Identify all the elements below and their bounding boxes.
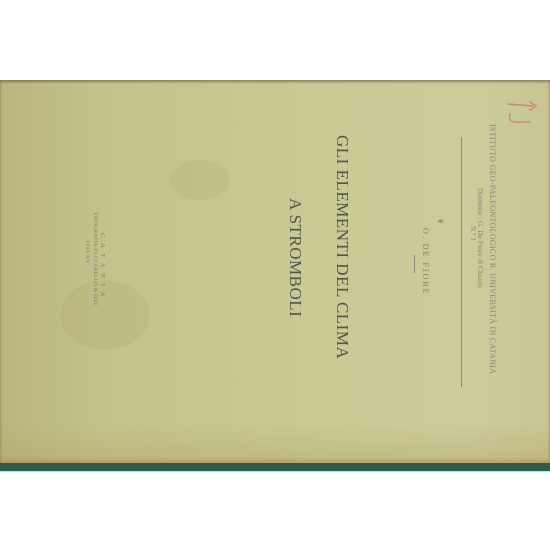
imprint-city: C A T A N I A	[99, 233, 106, 299]
scan-background: ISTITUTO GEO-PALEONTOLOGICO R. UNIVERSIT…	[0, 0, 550, 550]
title-line-1: GLI ELEMENTI DEL CLIMA	[332, 135, 352, 359]
series-number: N.° 1	[469, 226, 477, 241]
binding-edge	[0, 463, 550, 471]
imprint-printer: TIPOGRAFIA ZUCCARELLO & IZZI	[92, 212, 98, 305]
title-line-2: A STROMBOLI	[285, 198, 305, 317]
director-line: Direttore : G. De Fiore di Chiaris	[476, 188, 485, 288]
document-page	[0, 80, 550, 463]
fleuron-icon: ❦	[436, 218, 445, 225]
header-divider	[461, 137, 462, 387]
author-name: O. DE FIORE	[421, 228, 430, 296]
handwritten-mark-icon	[500, 92, 540, 132]
institute-heading: ISTITUTO GEO-PALEONTOLOGICO R. UNIVERSIT…	[488, 124, 497, 374]
paper-stain	[170, 160, 230, 200]
author-divider	[414, 255, 415, 273]
imprint-year: 1936 XV	[84, 240, 90, 264]
